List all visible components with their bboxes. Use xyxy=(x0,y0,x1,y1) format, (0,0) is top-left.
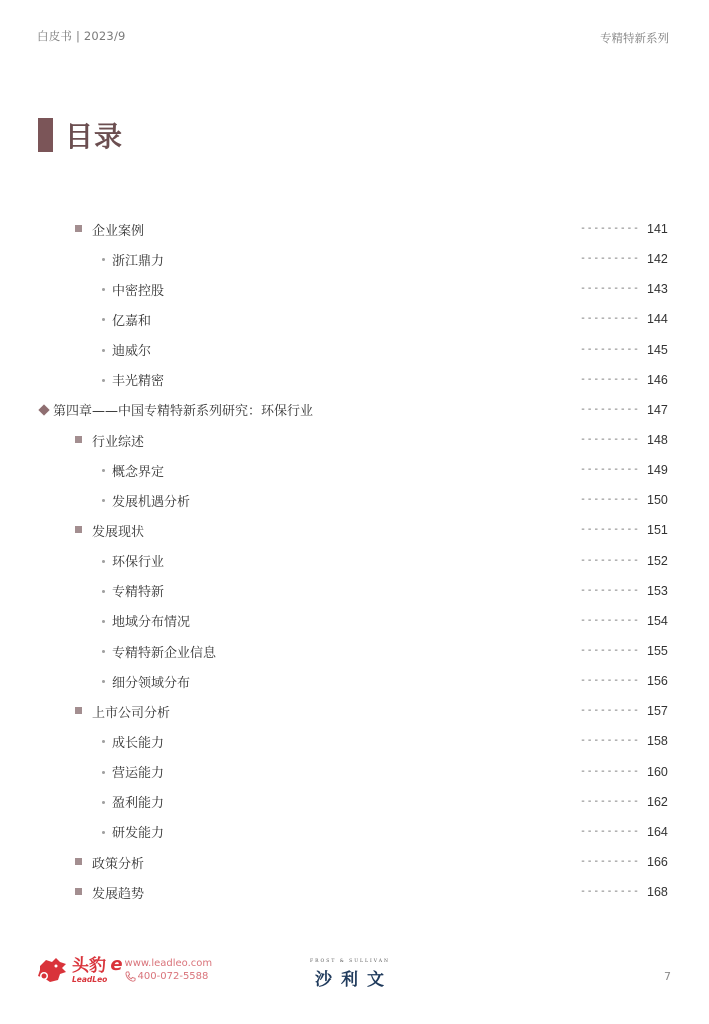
toc-entry[interactable]: 成长能力---------158 xyxy=(0,726,709,756)
dot-bullet-icon xyxy=(102,560,105,563)
toc-leader-dashes: --------- xyxy=(580,735,640,746)
dot-bullet-icon xyxy=(102,740,105,743)
toc-entry-page: 158 xyxy=(647,734,668,748)
leadleo-cn-name: 头豹 xyxy=(72,957,106,975)
toc-entry[interactable]: 地域分布情况---------154 xyxy=(0,606,709,636)
toc-leader-dashes: --------- xyxy=(580,404,640,415)
dot-bullet-icon xyxy=(102,349,105,352)
toc-leader-dashes: --------- xyxy=(580,344,640,355)
toc-leader-dashes: --------- xyxy=(580,434,640,445)
dot-bullet-icon xyxy=(102,831,105,834)
toc-entry-label: 专精特新企业信息 xyxy=(112,642,216,661)
title-accent-bar xyxy=(38,118,53,152)
dot-bullet-icon xyxy=(102,469,105,472)
toc-entry-page: 149 xyxy=(647,463,668,477)
toc-entry-page: 166 xyxy=(647,855,668,869)
dot-bullet-icon xyxy=(102,318,105,321)
toc-entry-page: 156 xyxy=(647,674,668,688)
toc-entry[interactable]: 细分领域分布---------156 xyxy=(0,666,709,696)
toc-leader-dashes: --------- xyxy=(580,555,640,566)
header-series-name: 专精特新系列 xyxy=(600,30,669,46)
toc-leader-dashes: --------- xyxy=(580,374,640,385)
leadleo-brand: 头豹 LeadLeo xyxy=(72,957,107,984)
website-link[interactable]: www.leadleo.com xyxy=(125,957,213,970)
page-number: 7 xyxy=(664,970,671,983)
phone-icon xyxy=(125,971,136,982)
toc-leader-dashes: --------- xyxy=(580,253,640,264)
dot-bullet-icon xyxy=(102,620,105,623)
toc-entry[interactable]: 专精特新企业信息---------155 xyxy=(0,636,709,666)
toc-leader-dashes: --------- xyxy=(580,826,640,837)
toc-entry-label: 概念界定 xyxy=(112,461,164,480)
toc-entry-page: 152 xyxy=(647,554,668,568)
e-logo-mark: e xyxy=(110,956,122,974)
toc-entry[interactable]: 研发能力---------164 xyxy=(0,817,709,847)
dot-bullet-icon xyxy=(102,801,105,804)
square-bullet-icon xyxy=(75,858,82,865)
dot-bullet-icon xyxy=(102,680,105,683)
toc-entry-page: 155 xyxy=(647,644,668,658)
dot-bullet-icon xyxy=(102,590,105,593)
toc-entry[interactable]: 丰光精密---------146 xyxy=(0,365,709,395)
toc-entry-label: 发展现状 xyxy=(92,521,144,540)
frost-sullivan-logo: FROST & SULLIVAN 沙利文 xyxy=(307,959,393,990)
toc-entry-page: 160 xyxy=(647,765,668,779)
toc-entry-label: 迪威尔 xyxy=(112,340,151,359)
toc-leader-dashes: --------- xyxy=(580,283,640,294)
page-title-block: 目录 xyxy=(38,115,123,155)
dot-bullet-icon xyxy=(102,650,105,653)
toc-entry-page: 168 xyxy=(647,885,668,899)
square-bullet-icon xyxy=(75,888,82,895)
toc-entry-label: 细分领域分布 xyxy=(112,672,190,691)
toc-entry-page: 151 xyxy=(647,523,668,537)
square-bullet-icon xyxy=(75,526,82,533)
toc-entry-page: 145 xyxy=(647,343,668,357)
toc-entry-label: 亿嘉和 xyxy=(112,310,151,329)
toc-entry[interactable]: 政策分析---------166 xyxy=(0,847,709,877)
toc-entry-label: 营运能力 xyxy=(112,762,164,781)
toc-leader-dashes: --------- xyxy=(580,524,640,535)
toc-entry-page: 146 xyxy=(647,373,668,387)
phone-row: 400-072-5588 xyxy=(125,970,213,983)
frost-sullivan-en: FROST & SULLIVAN xyxy=(310,959,390,964)
footer: 头豹 LeadLeo e www.leadleo.com 400-072-558… xyxy=(0,950,709,990)
toc-leader-dashes: --------- xyxy=(580,675,640,686)
square-bullet-icon xyxy=(75,225,82,232)
contact-info: www.leadleo.com 400-072-5588 xyxy=(125,957,213,983)
page-title: 目录 xyxy=(65,115,123,155)
toc-entry-page: 144 xyxy=(647,312,668,326)
dot-bullet-icon xyxy=(102,258,105,261)
toc-leader-dashes: --------- xyxy=(580,615,640,626)
toc-entry-label: 地域分布情况 xyxy=(112,611,190,630)
toc-entry[interactable]: 第四章——中国专精特新系列研究：环保行业---------147 xyxy=(0,395,709,425)
dot-bullet-icon xyxy=(102,288,105,291)
toc-entry-label: 盈利能力 xyxy=(112,792,164,811)
toc-entry[interactable]: 营运能力---------160 xyxy=(0,757,709,787)
toc-entry-page: 147 xyxy=(647,403,668,417)
toc-entry-label: 上市公司分析 xyxy=(92,702,170,721)
toc-entry-page: 143 xyxy=(647,282,668,296)
toc-entry[interactable]: 亿嘉和---------144 xyxy=(0,304,709,334)
toc-entry-label: 发展机遇分析 xyxy=(112,491,190,510)
toc-leader-dashes: --------- xyxy=(580,886,640,897)
diamond-bullet-icon xyxy=(38,404,49,415)
toc-entry-page: 148 xyxy=(647,433,668,447)
toc-entry-label: 政策分析 xyxy=(92,853,144,872)
toc-leader-dashes: --------- xyxy=(580,645,640,656)
square-bullet-icon xyxy=(75,436,82,443)
toc-entry[interactable]: 中密控股---------143 xyxy=(0,274,709,304)
toc-entry[interactable]: 上市公司分析---------157 xyxy=(0,696,709,726)
toc-entry-label: 浙江鼎力 xyxy=(112,250,164,269)
toc-entry[interactable]: 企业案例---------141 xyxy=(0,214,709,244)
toc-entry[interactable]: 盈利能力---------162 xyxy=(0,787,709,817)
table-of-contents: 企业案例---------141浙江鼎力---------142中密控股----… xyxy=(0,214,709,907)
toc-entry-label: 环保行业 xyxy=(112,551,164,570)
leadleo-logo: 头豹 LeadLeo e www.leadleo.com 400-072-558… xyxy=(36,956,212,984)
toc-entry[interactable]: 发展现状---------151 xyxy=(0,515,709,545)
toc-entry-page: 153 xyxy=(647,584,668,598)
toc-leader-dashes: --------- xyxy=(580,705,640,716)
toc-entry-page: 162 xyxy=(647,795,668,809)
square-bullet-icon xyxy=(75,707,82,714)
toc-leader-dashes: --------- xyxy=(580,766,640,777)
leopard-head-icon xyxy=(36,956,68,984)
toc-entry[interactable]: 环保行业---------152 xyxy=(0,546,709,576)
toc-entry-label: 成长能力 xyxy=(112,732,164,751)
toc-entry-label: 研发能力 xyxy=(112,822,164,841)
toc-entry[interactable]: 行业综述---------148 xyxy=(0,425,709,455)
frost-sullivan-cn: 沙利文 xyxy=(315,965,393,990)
toc-entry-page: 141 xyxy=(647,222,668,236)
toc-entry[interactable]: 迪威尔---------145 xyxy=(0,335,709,365)
toc-entry-page: 157 xyxy=(647,704,668,718)
toc-entry-label: 企业案例 xyxy=(92,220,144,239)
toc-entry-page: 164 xyxy=(647,825,668,839)
toc-leader-dashes: --------- xyxy=(580,796,640,807)
toc-entry[interactable]: 浙江鼎力---------142 xyxy=(0,244,709,274)
toc-entry[interactable]: 专精特新---------153 xyxy=(0,576,709,606)
leadleo-en-name: LeadLeo xyxy=(72,975,107,984)
toc-leader-dashes: --------- xyxy=(580,494,640,505)
toc-leader-dashes: --------- xyxy=(580,313,640,324)
toc-entry-page: 154 xyxy=(647,614,668,628)
toc-entry-label: 行业综述 xyxy=(92,431,144,450)
toc-leader-dashes: --------- xyxy=(580,585,640,596)
dot-bullet-icon xyxy=(102,379,105,382)
toc-entry[interactable]: 发展趋势---------168 xyxy=(0,877,709,907)
toc-entry[interactable]: 发展机遇分析---------150 xyxy=(0,485,709,515)
toc-entry-page: 150 xyxy=(647,493,668,507)
toc-entry-label: 发展趋势 xyxy=(92,883,144,902)
dot-bullet-icon xyxy=(102,771,105,774)
dot-bullet-icon xyxy=(102,499,105,502)
toc-leader-dashes: --------- xyxy=(580,464,640,475)
toc-entry-page: 142 xyxy=(647,252,668,266)
phone-number: 400-072-5588 xyxy=(138,970,209,983)
toc-leader-dashes: --------- xyxy=(580,223,640,234)
toc-entry[interactable]: 概念界定---------149 xyxy=(0,455,709,485)
toc-entry-label: 专精特新 xyxy=(112,581,164,600)
toc-entry-label: 中密控股 xyxy=(112,280,164,299)
toc-entry-label: 第四章——中国专精特新系列研究：环保行业 xyxy=(53,400,313,419)
toc-entry-label: 丰光精密 xyxy=(112,370,164,389)
toc-leader-dashes: --------- xyxy=(580,856,640,867)
header-doc-info: 白皮书 | 2023/9 xyxy=(37,28,126,44)
